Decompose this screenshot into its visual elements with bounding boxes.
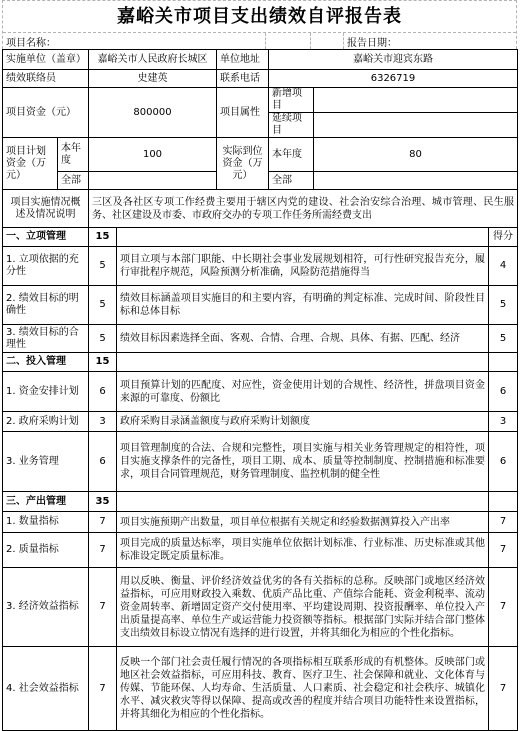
indicator-label: 3. 绩效目标的合理性 <box>3 325 89 353</box>
report-table: 实施单位（盖章） 嘉峪关市人民政府长城区 单位地址 嘉峪关市迎宾东路 绩效联络员… <box>2 49 518 716</box>
indicator-row: 1. 立项依据的充分性 5 项目立项与本部门职能、中长期社会事业发展规划相符，可… <box>3 247 518 286</box>
section-label: 二、投入管理 <box>3 353 89 372</box>
section-weight: 35 <box>89 492 117 512</box>
actual-year-value: 80 <box>314 138 518 172</box>
actual-fund-label: 实际到位资金（万元） <box>217 138 269 190</box>
indicator-score: 7 <box>489 512 518 533</box>
indicator-score: 5 <box>489 286 518 325</box>
header-empty-cell-1 <box>266 33 311 49</box>
indicator-weight: 5 <box>89 325 117 353</box>
indicator-row: 3. 绩效目标的合理性 5 绩效目标因素选择全面、客观、合情、合理、合规、具体、… <box>3 325 518 353</box>
indicator-desc: 绩效目标因素选择全面、客观、合情、合理、合规、具体、有据、匹配、经济 <box>117 325 489 353</box>
indicator-desc: 反映一个部门社会责任履行情况的各项指标相互联系形成的有机整体。反映部门或地区社会… <box>117 647 489 717</box>
section-weight: 15 <box>89 228 117 247</box>
attr-label: 项目属性 <box>217 88 269 138</box>
section-score-cell <box>489 492 518 512</box>
fund-row: 项目资金（元） 800000 项目属性 新增项目 <box>3 88 518 113</box>
indicator-row: 3. 经济效益指标 7 用以反映、衡量、评价经济效益优劣的各有关指标的总称。反映… <box>3 568 518 647</box>
liaison-row: 绩效联络员 史建英 联系电话 6326719 <box>3 70 518 88</box>
unit-address-label: 单位地址 <box>217 50 269 70</box>
report-sheet: 嘉峪关市项目支出绩效自评报告表 项目名称： 报告日期： 实施单位（盖章） 嘉峪关… <box>2 0 517 716</box>
plan-all-value <box>89 172 217 190</box>
indicator-score: 3 <box>489 412 518 432</box>
indicator-weight: 7 <box>89 512 117 533</box>
indicator-weight: 7 <box>89 568 117 647</box>
indicator-label: 1. 资金安排计划 <box>3 372 89 412</box>
plan-year-label: 本年度 <box>58 138 89 172</box>
attr-continue-label: 延续项目 <box>269 113 314 138</box>
indicator-score: 7 <box>489 568 518 647</box>
liaison-label: 绩效联络员 <box>3 70 89 88</box>
overview-row: 项目实施情况概述及情况说明 三区及各社区专项工作经费主要用于辖区内党的建设、社会… <box>3 190 518 228</box>
indicator-row: 2. 绩效目标的明确性 5 绩效目标涵盖项目实施目的和主要内容，有明确的判定标准… <box>3 286 518 325</box>
actual-all-value <box>314 172 518 190</box>
section-score-cell <box>489 353 518 372</box>
indicator-desc: 项目完成的质量达标率，项目实施单位依据计划标准、行业标准、历史标准或其他标准设定… <box>117 533 489 568</box>
indicator-label: 4. 社会效益指标 <box>3 647 89 717</box>
indicator-score: 6 <box>489 372 518 412</box>
report-date-label: 报告日期： <box>344 33 516 49</box>
section-row: 二、投入管理 15 <box>3 353 518 372</box>
section-label: 三、产出管理 <box>3 492 89 512</box>
fund-label: 项目资金（元） <box>3 88 89 138</box>
section-desc <box>117 492 489 512</box>
indicator-desc: 政府采购目录涵盖额度与政府采购计划额度 <box>117 412 489 432</box>
header-empty-cell-2 <box>311 33 344 49</box>
plan-all-label: 全部 <box>58 172 89 190</box>
indicator-label: 2. 质量指标 <box>3 533 89 568</box>
indicator-label: 1. 立项依据的充分性 <box>3 247 89 286</box>
indicator-desc: 项目管理制度的合法、合规和完整性，项目实施与相关业务管理规定的相符性，项目实施支… <box>117 432 489 492</box>
section-row: 三、产出管理 35 <box>3 492 518 512</box>
header-row: 项目名称： 报告日期： <box>3 33 516 49</box>
actual-all-label: 全部 <box>269 172 314 190</box>
section-label: 一、立项管理 <box>3 228 89 247</box>
indicator-row: 3. 业务管理 6 项目管理制度的合法、合规和完整性，项目实施与相关业务管理规定… <box>3 432 518 492</box>
impl-unit-row: 实施单位（盖章） 嘉峪关市人民政府长城区 单位地址 嘉峪关市迎宾东路 <box>3 50 518 70</box>
indicator-score: 4 <box>489 247 518 286</box>
section-weight: 15 <box>89 353 117 372</box>
attr-continue-value <box>314 113 518 138</box>
project-name-label: 项目名称： <box>3 33 266 49</box>
impl-unit-value: 嘉峪关市人民政府长城区 <box>89 50 217 70</box>
section-desc <box>117 353 489 372</box>
unit-address-value: 嘉峪关市迎宾东路 <box>269 50 518 70</box>
attr-new-label: 新增项目 <box>269 88 314 113</box>
plan-fund-row: 项目计划资金（万元） 本年度 100 实际到位资金（万元） 本年度 80 <box>3 138 518 172</box>
indicator-score: 7 <box>489 647 518 717</box>
phone-label: 联系电话 <box>217 70 269 88</box>
indicator-label: 3. 经济效益指标 <box>3 568 89 647</box>
liaison-value: 史建英 <box>89 70 217 88</box>
indicator-label: 2. 政府采购计划 <box>3 412 89 432</box>
indicator-row: 1. 资金安排计划 6 项目预算计划的匹配度、对应性，资金使用计划的合规性、经济… <box>3 372 518 412</box>
indicator-label: 2. 绩效目标的明确性 <box>3 286 89 325</box>
indicator-label: 1. 数量指标 <box>3 512 89 533</box>
attr-new-value <box>314 88 518 113</box>
indicator-row: 2. 质量指标 7 项目完成的质量达标率，项目实施单位依据计划标准、行业标准、历… <box>3 533 518 568</box>
impl-unit-label: 实施单位（盖章） <box>3 50 89 70</box>
indicator-weight: 5 <box>89 286 117 325</box>
phone-value: 6326719 <box>269 70 518 88</box>
fund-value: 800000 <box>89 88 217 138</box>
plan-year-value: 100 <box>89 138 217 172</box>
indicator-weight: 6 <box>89 432 117 492</box>
indicator-weight: 7 <box>89 533 117 568</box>
page-title: 嘉峪关市项目支出绩效自评报告表 <box>3 1 516 33</box>
indicator-desc: 项目立项与本部门职能、中长期社会事业发展规划相符，可行性研究报告充分，履行审批程… <box>117 247 489 286</box>
indicator-row: 2. 政府采购计划 3 政府采购目录涵盖额度与政府采购计划额度 3 <box>3 412 518 432</box>
indicator-row: 1. 数量指标 7 项目实施预期产出数量，项目单位根据有关规定和经验数据测算投入… <box>3 512 518 533</box>
indicator-weight: 6 <box>89 372 117 412</box>
overview-value: 三区及各社区专项工作经费主要用于辖区内党的建设、社会治安综合治理、城市管理、民生… <box>89 190 518 228</box>
indicator-label: 3. 业务管理 <box>3 432 89 492</box>
overview-label: 项目实施情况概述及情况说明 <box>3 190 89 228</box>
indicator-weight: 3 <box>89 412 117 432</box>
indicator-desc: 绩效目标涵盖项目实施目的和主要内容，有明确的判定标准、完成时间、阶段性目标和总体… <box>117 286 489 325</box>
section-row: 一、立项管理 15 得分 <box>3 228 518 247</box>
header-block: 嘉峪关市项目支出绩效自评报告表 项目名称： 报告日期： <box>2 0 517 49</box>
actual-year-label: 本年度 <box>269 138 314 172</box>
score-col-header: 得分 <box>489 228 518 247</box>
indicator-desc: 项目预算计划的匹配度、对应性，资金使用计划的合规性、经济性，拼盘项目资金来源的可… <box>117 372 489 412</box>
indicator-score: 6 <box>489 432 518 492</box>
indicator-weight: 5 <box>89 247 117 286</box>
indicator-desc: 项目实施预期产出数量，项目单位根据有关规定和经验数据测算投入产出率 <box>117 512 489 533</box>
indicator-row: 4. 社会效益指标 7 反映一个部门社会责任履行情况的各项指标相互联系形成的有机… <box>3 647 518 717</box>
plan-fund-label: 项目计划资金（万元） <box>3 138 58 190</box>
indicator-desc: 用以反映、衡量、评价经济效益优劣的各有关指标的总称。反映部门或地区经济效益指标，… <box>117 568 489 647</box>
indicator-score: 5 <box>489 325 518 353</box>
indicator-weight: 7 <box>89 647 117 717</box>
section-desc <box>117 228 489 247</box>
indicator-score: 7 <box>489 533 518 568</box>
